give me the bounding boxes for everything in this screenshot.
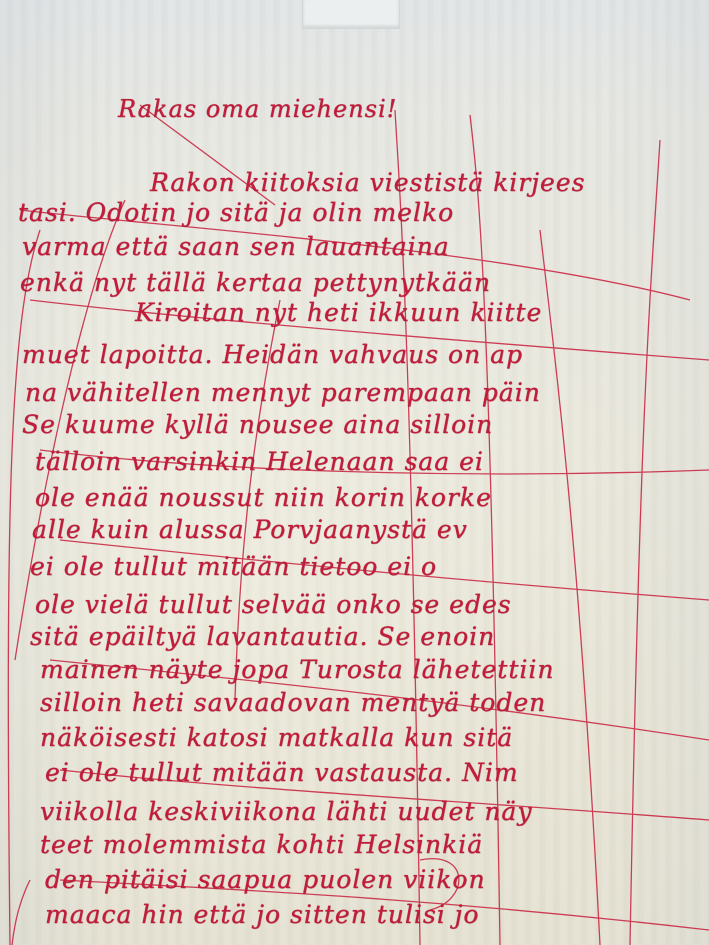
letter-line: alle kuin alussa Porvjaanystä ev: [32, 515, 468, 544]
letter-line: ei ole tullut mitään vastausta. Nim: [45, 758, 519, 787]
letter-line: viikolla keskiviikona lähti uudet näy: [40, 797, 532, 826]
letter-line: näköisesti katosi matkalla kun sitä: [40, 723, 513, 752]
letter-line: ei ole tullut mitään tietoo ei o: [30, 552, 437, 581]
letter-line: tälloin varsinkin Helenaan saa ei: [35, 447, 484, 476]
letter-line: tasi. Odotin jo sitä ja olin melko: [18, 198, 454, 227]
letter-line: silloin heti savaadovan mentyä toden: [40, 688, 546, 717]
letter-line: Kiroitan nyt heti ikkuun kiitte: [135, 298, 542, 327]
letter-line: maaca hin että jo sitten tulisi jo: [45, 900, 479, 929]
letter-line: muet lapoitta. Heidän vahvaus on ap: [22, 340, 523, 369]
fabric-label-tab: [302, 0, 400, 29]
letter-line: enkä nyt tällä kertaa pettynytkään: [20, 268, 491, 297]
letter-line: Se kuume kyllä nousee aina silloin: [22, 410, 493, 439]
letter-salutation: Rakas oma miehensi!: [118, 95, 397, 123]
letter-line: ole vielä tullut selvää onko se edes: [35, 590, 512, 619]
letter-line: na vähitellen mennyt parempaan päin: [25, 378, 541, 407]
letter-line: sitä epäiltyä lavantautia. Se enoin: [30, 622, 495, 651]
letter-line: mainen näyte jopa Turosta lähetettiin: [40, 655, 554, 684]
letter-line: teet molemmista kohti Helsinkiä: [40, 830, 483, 859]
letter-line: ole enää noussut niin korin korke: [35, 483, 492, 512]
letter-line: den pitäisi saapua puolen viikon: [45, 865, 486, 894]
letter-line: varma että saan sen lauantaina: [22, 232, 450, 261]
letter-line: Rakon kiitoksia viestistä kirjees: [150, 168, 585, 197]
